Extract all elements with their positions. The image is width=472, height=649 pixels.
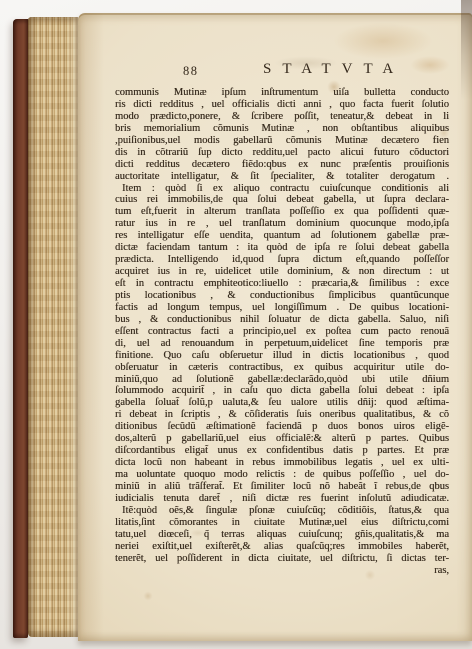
text-line: res intelligatur eſſe uendita, quantum a… — [115, 230, 449, 242]
book-page: 88 STATVTA communis Mutinæ ipſum inſtrum… — [78, 13, 472, 641]
text-line: ſolummodo acquirit̃ , in caſu quo dicta … — [115, 385, 449, 397]
text-line: modo prædicto,ponere, & ſcribere poſſit,… — [115, 111, 449, 123]
page-fore-edges — [28, 17, 78, 637]
text-line: Itẽ:quòd oẽs,& ſingulæ pſonæ cuiuſcũq; c… — [115, 505, 449, 517]
catchword: ras, — [115, 565, 449, 576]
text-line: ri debeat in ſcriptis , & cõſideratis ſu… — [115, 409, 449, 421]
page-corner-shadow — [461, 0, 472, 100]
text-line: communis Mutinæ ipſum inſtrumentum uiſa … — [115, 87, 449, 99]
text-line: dictæ faciendam tantum : ita quòd de ipſ… — [115, 242, 449, 254]
text-line: acquiret ius in re, uidelicet utile domi… — [115, 266, 449, 278]
text-line: finitione. Quo caſu obſeruetur illud in … — [115, 350, 449, 362]
text-line: ris dicti redditus , uel officialis dict… — [115, 99, 449, 111]
text-line: tenerẽt, uel poſſiderent in dicta ciuita… — [115, 553, 449, 565]
text-line: ratur ius in re , uel tranſlatum dominiu… — [115, 218, 449, 230]
text-line: di, uel ad renouandum in perpetuum,uidel… — [115, 338, 449, 350]
book-cover-edge — [13, 19, 28, 638]
text-line: tum eſt,fuerit in alterum tranſlata poſſ… — [115, 206, 449, 218]
text-line: dicta locũ non habeant in rebus immobili… — [115, 457, 449, 469]
text-line: ma uoluntate quoquo modo relictis : de q… — [115, 469, 449, 481]
text-line: litatis,ſint cõmorantes in ciuitate Muti… — [115, 517, 449, 529]
text-line: miniũ in aliũ trãſferat̃. Et ſimiliter l… — [115, 481, 449, 493]
text-line: ditionibus ſecũdũ æſtimationẽ faciendã p… — [115, 421, 449, 433]
text-line: auctoritate intelligatur, & ſit ſpeciali… — [115, 171, 449, 183]
text-line: bus , & conductionibus nihil ſoluatur de… — [115, 314, 449, 326]
text-line: dicti redditus decætero fiẽdo:qbus ex nu… — [115, 159, 449, 171]
text-line: eſt in contractu emphiteotico:liuello : … — [115, 278, 449, 290]
text-line: neriei exiſtit,uel exiſterẽt,& alias qua… — [115, 541, 449, 553]
text-line: ,puiſionibus,uel modis gabellarũ cõmunis… — [115, 135, 449, 147]
text-line: miniũ,quo ad ſolutionẽ gabellæ:declarãdo… — [115, 374, 449, 386]
text-block: communis Mutinæ ipſum inſtrumentum uiſa … — [115, 87, 449, 565]
text-line: tatu,uel diœceſi, q̃ terras aliquas cuiu… — [115, 529, 449, 541]
text-line: bris memorialium cõmunis Mutinæ , non ob… — [115, 123, 449, 135]
text-line: prædicta. Intelligendo id,quod ſupra dic… — [115, 254, 449, 266]
text-line: diſcordantibus eligat̃ unus ex confident… — [115, 445, 449, 457]
text-line: Item : quòd ſi ex aliquo contractu cuiuſ… — [115, 183, 449, 195]
text-line: obſeruatur in cæteris contractibus, ex q… — [115, 362, 449, 374]
text-line: eſſent contractus facti a principio,uel … — [115, 326, 449, 338]
text-line: cuius rei immobilis,de qua ſolui debeat … — [115, 194, 449, 206]
running-title: STATVTA — [263, 61, 404, 78]
text-line: ptis locationibus , & conductionibus ſim… — [115, 290, 449, 302]
running-header: 88 STATVTA — [115, 61, 449, 81]
text-line: dis in cõtrariũ ſup dicto redditu,uel pa… — [115, 147, 449, 159]
text-line: gabella ſoluat̃ ſolũ,p ualuta,& ſeu ualo… — [115, 397, 449, 409]
text-line: factis ad longum tempus, uel longiſſimum… — [115, 302, 449, 314]
book-photograph: 88 STATVTA communis Mutinæ ipſum inſtrum… — [0, 0, 472, 649]
page-number: 88 — [183, 64, 199, 79]
text-line: dos,alterũ p gabellariũ,uel eius officia… — [115, 433, 449, 445]
text-line: iudicialis tenuta daret̃ , niſi dictæ re… — [115, 493, 449, 505]
